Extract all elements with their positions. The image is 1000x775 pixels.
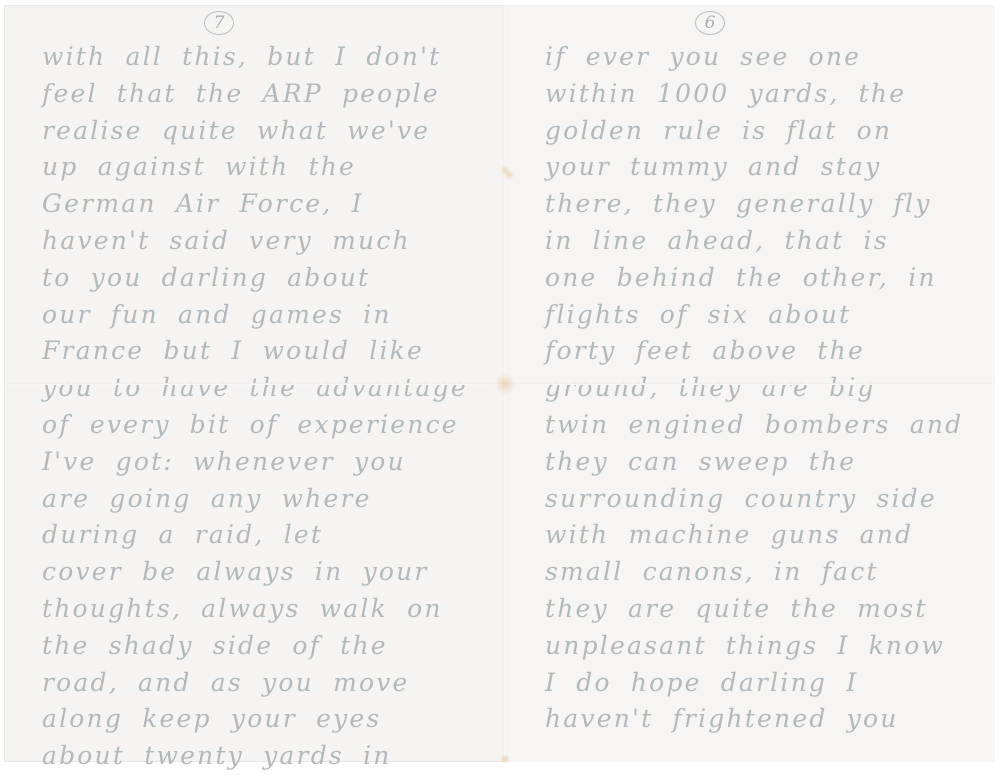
handwritten-line: they can sweep the <box>505 444 995 481</box>
handwritten-line: in line ahead, that is <box>505 223 995 260</box>
handwritten-line: there, they generally fly <box>505 186 995 223</box>
handwritten-line: I do hope darling I <box>505 665 995 702</box>
handwritten-line: ground, they are big <box>505 370 995 407</box>
handwritten-line: along keep your eyes <box>4 701 503 738</box>
handwritten-line: golden rule is flat on <box>505 113 995 150</box>
handwritten-line: within 1000 yards, the <box>505 76 995 113</box>
handwritten-line: France but I would like <box>4 333 503 370</box>
handwritten-line: if ever you see one <box>505 39 995 76</box>
foxing-stain <box>494 373 516 395</box>
handwritten-line: realise quite what we've <box>4 113 503 150</box>
handwritten-line: you to have the advantage <box>4 370 503 407</box>
handwritten-line: with machine guns and <box>505 517 995 554</box>
folded-letter-paper: 7 with all this, but I don't feel that t… <box>4 5 995 762</box>
handwritten-text-block: with all this, but I don't feel that the… <box>4 39 503 768</box>
handwritten-line: cover be always in your <box>4 554 503 591</box>
handwritten-line: of every bit of experience <box>4 407 503 444</box>
handwritten-line: during a raid, let <box>4 517 503 554</box>
handwritten-line: with all this, but I don't <box>4 39 503 76</box>
foxing-stain <box>504 169 514 181</box>
handwritten-line: to you darling about <box>4 260 503 297</box>
handwritten-line: up against with the <box>4 149 503 186</box>
handwritten-line: flights of six about <box>505 297 995 334</box>
handwritten-line: they are quite the most <box>505 591 995 628</box>
handwritten-line: unpleasant things I know <box>505 628 995 665</box>
handwritten-line: feel that the ARP people <box>4 76 503 113</box>
handwritten-line: German Air Force, I <box>4 186 503 223</box>
handwritten-line: forty feet above the <box>505 333 995 370</box>
handwritten-line: one behind the other, in <box>505 260 995 297</box>
foxing-stain <box>498 755 512 763</box>
handwritten-line: the shady side of the <box>4 628 503 665</box>
handwritten-line: haven't frightened you <box>505 701 995 738</box>
handwritten-line: are going any where <box>4 481 503 518</box>
handwritten-line: your tummy and stay <box>505 149 995 186</box>
handwritten-line: surrounding country side <box>505 481 995 518</box>
handwritten-line: thoughts, always walk on <box>4 591 503 628</box>
handwritten-line: road, and as you move <box>4 665 503 702</box>
handwritten-text-block: if ever you see one within 1000 yards, t… <box>505 39 995 738</box>
handwritten-line: I've got: whenever you <box>4 444 503 481</box>
handwritten-line: about twenty yards in <box>4 738 503 768</box>
handwritten-line: twin engined bombers and <box>505 407 995 444</box>
handwritten-line: our fun and games in <box>4 297 503 334</box>
handwritten-line: haven't said very much <box>4 223 503 260</box>
letter-scan: 7 with all this, but I don't feel that t… <box>0 0 1000 768</box>
page-number-circled: 7 <box>204 11 234 35</box>
page-number-circled: 6 <box>695 11 725 35</box>
handwritten-line: small canons, in fact <box>505 554 995 591</box>
